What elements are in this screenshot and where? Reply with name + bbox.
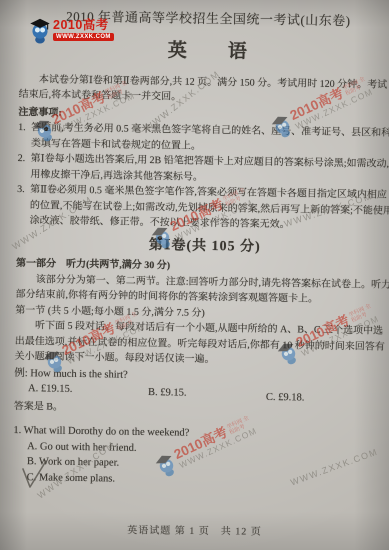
zxxk-logo-site: WWW.ZXXK.COM	[53, 33, 114, 41]
volume-1-title: 第Ⅰ卷(共 105 分)	[16, 235, 389, 256]
notice-item-3: 3.第Ⅱ卷必须用 0.5 毫米黑色签字笔作答,答案必须写在答题卡各题目指定区域内…	[17, 182, 389, 234]
example-option-b: B. £9.15.	[148, 385, 266, 402]
exam-intro-paragraph: 本试卷分第Ⅰ卷和第Ⅱ卷两部分,共 12 页。满分 150 分。考试用时 120 …	[19, 71, 389, 108]
page-content: 2010 年普通高等学校招生全国统一考试(山东卷) 英 语 本试卷分第Ⅰ卷和第Ⅱ…	[0, 0, 389, 491]
page-footer: 英语试题 第 1 页 共 12 页	[0, 520, 389, 539]
notice-item-1-number: 1.	[18, 120, 26, 136]
zxxk-logo-text: 2010高考 WWW.ZXXK.COM	[53, 19, 114, 41]
zxxk-logo: 2010高考 WWW.ZXXK.COM	[29, 16, 114, 44]
notice-item-2-number: 2.	[18, 151, 26, 167]
zxxk-mascot-icon	[29, 16, 51, 44]
example-option-c: C. £9.18.	[266, 390, 389, 407]
scanned-exam-page: 2010 年普通高等学校招生全国统一考试(山东卷) 英 语 本试卷分第Ⅰ卷和第Ⅱ…	[0, 0, 389, 550]
zxxk-logo-brand: 2010高考	[53, 19, 114, 32]
example-option-a: A. £19.15.	[28, 381, 148, 398]
question-1: 1. What will Dorothy do on the weekend? …	[13, 423, 389, 491]
notice-item-1-text: 答题前,考生务必用 0.5 毫米黑色签字笔将自己的姓名、座号、准考证号、县区和科…	[31, 122, 389, 151]
subject-title: 英 语	[19, 41, 389, 62]
notice-item-2-text: 第Ⅰ卷每小题选出答案后,用 2B 铅笔把答题卡上对应题目的答案标号涂黑;如需改动…	[30, 153, 389, 182]
section-1-note: 听下面 5 段对话。每段对话后有一个小题,从题中所给的 A、B、C 三个选项中选…	[14, 318, 389, 370]
answer-check-mark-icon	[19, 459, 49, 491]
notice-item-3-number: 3.	[17, 182, 25, 198]
notice-item-3-text: 第Ⅱ卷必须用 0.5 毫米黑色签字笔作答,答案必须写在答题卡各题目指定区域内相应…	[30, 184, 389, 230]
